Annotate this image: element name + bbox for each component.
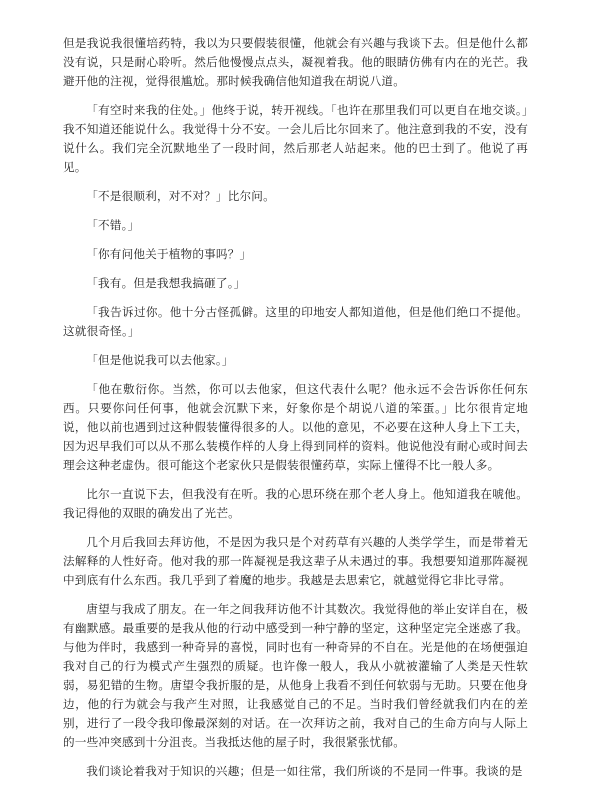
paragraph-dialogue: 「你有问他关于植物的事吗？」 [63,245,528,264]
paragraph-dialogue: 「我有。但是我想我搞砸了。」 [63,274,528,293]
book-page: 但是我说我很懂培药特，我以为只要假装很懂，他就会有兴趣与我谈下去。但是他什么都没… [0,0,590,807]
paragraph: 但是我说我很懂培药特，我以为只要假装很懂，他就会有兴趣与我谈下去。但是他什么都没… [63,34,528,91]
paragraph-dialogue: 「但是他说我可以去他家。」 [63,351,528,370]
paragraph: 比尔一直说下去，但我没有在听。我的心思环绕在那个老人身上。他知道我在唬他。我记得… [63,485,528,523]
paragraph-dialogue: 「不错。」 [63,216,528,235]
paragraph: 「有空时来我的住处。」他终于说，转开视线。「也许在那里我们可以更自在地交谈。」我… [63,101,528,177]
paragraph-dialogue: 「我告诉过你。他十分古怪孤僻。这里的印地安人都知道他，但是他们绝口不提他。这就很… [63,303,528,341]
paragraph: 唐望与我成了朋友。在一年之间我拜访他不计其数次。我觉得他的举止安详自在，极有幽默… [63,600,528,752]
paragraph: 我们谈论着我对于知识的兴趣；但是一如往常，我们所谈的不是同一件事。我谈的是 [63,762,528,781]
paragraph: 几个月后我回去拜访他，不是因为我只是个对药草有兴趣的人类学学生，而是带着无法解释… [63,533,528,590]
paragraph-dialogue: 「不是很顺利，对不对？」比尔问。 [63,187,528,206]
page-text: 但是我说我很懂培药特，我以为只要假装很懂，他就会有兴趣与我谈下去。但是他什么都没… [63,34,528,781]
paragraph: 「他在敷衍你。当然，你可以去他家，但这代表什么呢？他永远不会告诉你任何东西。只要… [63,380,528,475]
